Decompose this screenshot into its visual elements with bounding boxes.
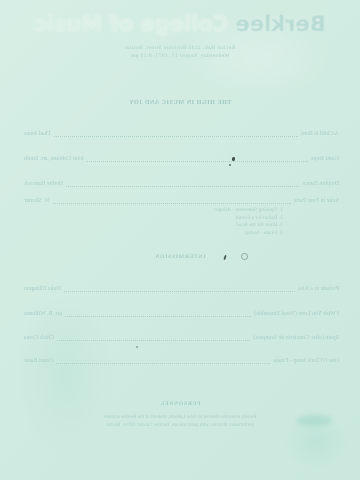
program-row: Suite in Four Parts W. Shorter — [24, 198, 339, 205]
ink-speck — [136, 346, 138, 348]
composer-name: Herbie Hancock — [24, 181, 63, 188]
program-row: One O'Clock Jump - Finale Count Basie — [24, 358, 339, 365]
piece-title: One O'Clock Jump - Finale — [273, 358, 339, 365]
composer-name: John Coltrane, arr. Smith — [24, 156, 84, 163]
piece-title: A Child Is Born — [301, 131, 339, 138]
dotted-leader — [65, 316, 251, 317]
dotted-leader — [66, 186, 299, 187]
dotted-leader — [57, 363, 271, 364]
composer-name: W. Shorter — [24, 198, 50, 205]
dotted-leader — [53, 203, 291, 204]
scanned-paper: { "artifacts": { "paper_color": "#d2ece2… — [0, 0, 360, 480]
piece-title: Spain (after Concierto de Aranjuez) — [253, 335, 339, 342]
piece-title: Giant Steps — [311, 156, 339, 163]
logo-word-berklee: Berklee — [228, 12, 326, 36]
program-row: A Child Is Born Thad Jones — [24, 131, 339, 138]
program-row: Dolphin Dance Herbie Hancock — [24, 181, 339, 188]
dotted-leader — [87, 161, 308, 162]
logo-word-college-of-music: College of Music — [34, 12, 228, 36]
ink-speck — [229, 164, 231, 166]
dotted-leader — [64, 291, 295, 292]
composer-name: arr. R. Williams — [24, 311, 62, 318]
program-row: Spain (after Concierto de Aranjuez) Chic… — [24, 335, 339, 342]
movement-item: 3. Blues for the Road — [214, 222, 283, 230]
dotted-leader — [54, 136, 298, 137]
ink-speck — [241, 253, 248, 260]
composer-name: Thad Jones — [24, 131, 51, 138]
address-line: Recital Hall, 1140 Boylston Street, Bost… — [0, 45, 360, 51]
personnel-line: performance division, with guest soloist… — [18, 422, 342, 430]
program-row: I Wish You Love (Vocal Ensemble) arr. R.… — [24, 311, 339, 318]
piece-title: Dolphin Dance — [303, 181, 340, 188]
piece-title: Suite in Four Parts — [294, 198, 339, 205]
intermission-heading: INTERMISSION — [0, 254, 360, 260]
composer-name: Count Basie — [24, 358, 54, 365]
composer-name: Chick Corea — [24, 335, 54, 342]
berklee-logo: Berklee College of Music — [0, 11, 360, 37]
piece-title: Prelude to a Kiss — [298, 286, 339, 293]
movement-item: 1. Opening Statement - Allegro — [214, 207, 283, 215]
program-row: Prelude to a Kiss Duke Ellington — [24, 286, 339, 293]
program-title: THE HIGH IN MUSIC AND JOY — [0, 100, 360, 106]
piece-title: I Wish You Love (Vocal Ensemble) — [254, 311, 339, 318]
composer-name: Duke Ellington — [24, 286, 61, 293]
movement-list: 1. Opening Statement - Allegro 2. Ballad… — [214, 207, 283, 237]
personnel-heading: PERSONNEL — [0, 401, 360, 407]
dotted-leader — [57, 340, 250, 341]
mirrored-program-sheet: Berklee College of Music Recital Hall, 1… — [0, 0, 360, 480]
datetime-line: Wednesday, August 17, 1977, 8:15 pm — [0, 53, 360, 59]
movement-item: 4. Finale - Swing — [214, 230, 283, 238]
program-row: Giant Steps John Coltrane, arr. Smith — [24, 156, 339, 163]
paper-stain — [296, 415, 332, 426]
personnel-line: Faculty ensemble directed by John LaPort… — [18, 414, 342, 422]
